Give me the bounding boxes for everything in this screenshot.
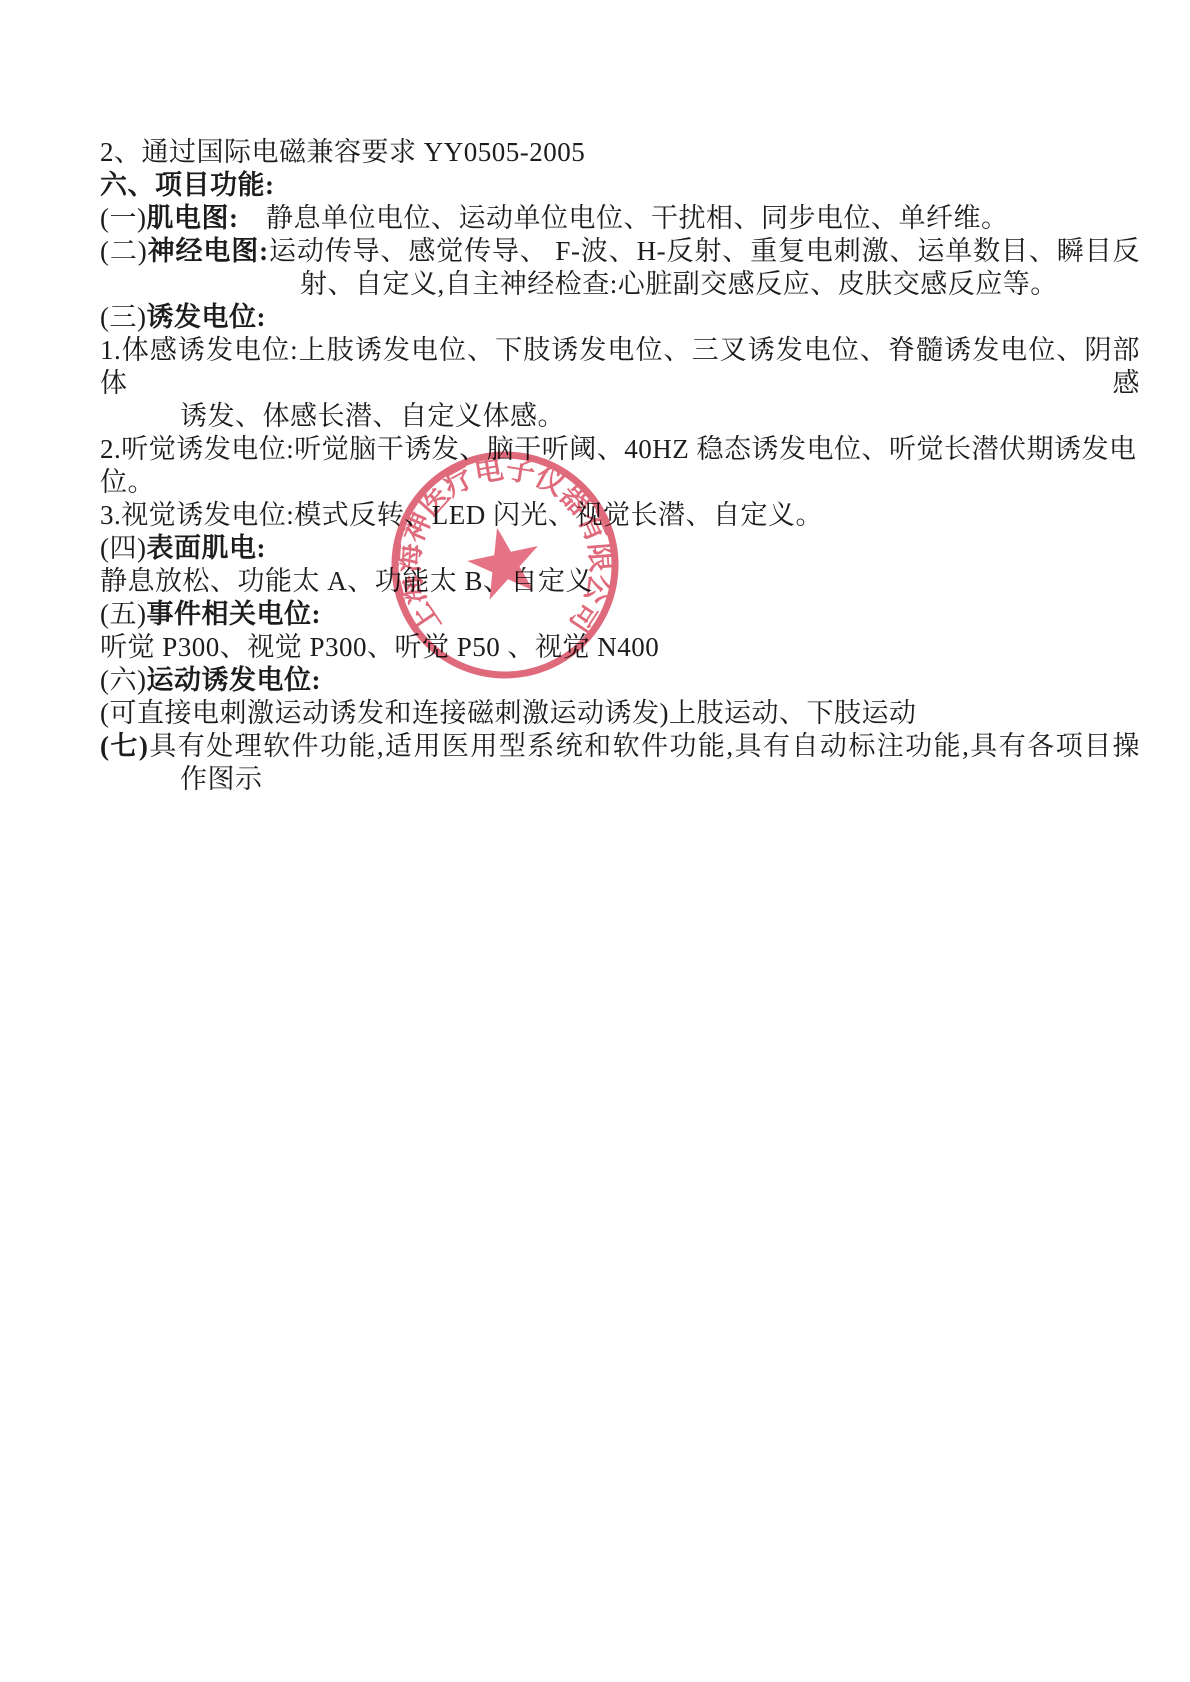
text-segment: (五) [100, 599, 146, 629]
text-line: (四)表面肌电: [100, 532, 1140, 565]
text-segment: 射、自定义,自主神经检查:心脏副交感反应、皮肤交感反应等。 [300, 269, 1058, 299]
text-segment: 1.体感诱发电位:上肢诱发电位、下肢诱发电位、三叉诱发电位、脊髓诱发电位、阴部体… [100, 335, 1140, 398]
text-segment: 表面肌电: [146, 533, 266, 563]
text-segment: (四) [100, 533, 146, 563]
text-line: 射、自定义,自主神经检查:心脏副交感反应、皮肤交感反应等。 [100, 268, 1140, 301]
text-segment: (三) [100, 302, 146, 332]
text-segment: (一) [100, 203, 146, 233]
text-line: (三)诱发电位: [100, 301, 1140, 334]
text-segment: 静息单位电位、运动单位电位、干扰相、同步电位、单纤维。 [238, 203, 1008, 233]
text-line: 2.听觉诱发电位:听觉脑干诱发、脑干听阈、40HZ 稳态诱发电位、听觉长潜伏期诱… [100, 433, 1140, 499]
text-line: (一)肌电图: 静息单位电位、运动单位电位、干扰相、同步电位、单纤维。 [100, 202, 1140, 235]
text-line: 听觉 P300、视觉 P300、听觉 P50 、视觉 N400 [100, 631, 1140, 664]
text-segment: 肌电图: [146, 203, 238, 233]
text-segment: 运动诱发电位: [146, 665, 321, 695]
text-line: (六)运动诱发电位: [100, 664, 1140, 697]
text-line: (二)神经电图:运动传导、感觉传导、 F-波、H-反射、重复电刺激、运单数目、瞬… [100, 235, 1140, 268]
text-line: (可直接电刺激运动诱发和连接磁刺激运动诱发)上肢运动、下肢运动 [100, 697, 1140, 730]
text-segment: (二) [100, 236, 147, 266]
text-segment: (六) [100, 665, 146, 695]
text-segment: 神经电图: [147, 236, 268, 266]
text-segment: 诱发、体感长潜、自定义体感。 [180, 401, 565, 431]
text-line: 静息放松、功能太 A、功能太 B、自定义 [100, 565, 1140, 598]
text-segment: 2.听觉诱发电位:听觉脑干诱发、脑干听阈、40HZ 稳态诱发电位、听觉长潜伏期诱… [100, 434, 1137, 497]
text-line: 作图示 [100, 763, 1140, 796]
text-segment: 事件相关电位: [146, 599, 321, 629]
text-line: 诱发、体感长潜、自定义体感。 [100, 400, 1140, 433]
text-segment: 2、通过国际电磁兼容要求 YY0505-2005 [100, 137, 585, 167]
text-segment: 具有处理软件功能,适用医用型系统和软件功能,具有自动标注功能,具有各项目操 [148, 731, 1140, 761]
text-segment: (七) [100, 731, 148, 761]
text-segment: 作图示 [180, 764, 263, 794]
document-body: 2、通过国际电磁兼容要求 YY0505-2005六、项目功能:(一)肌电图: 静… [100, 136, 1140, 796]
text-segment: 诱发电位: [146, 302, 266, 332]
text-line: 3.视觉诱发电位:模式反转、LED 闪光、视觉长潜、自定义。 [100, 499, 1140, 532]
text-line: (五)事件相关电位: [100, 598, 1140, 631]
text-segment: 六、项目功能: [100, 170, 275, 200]
text-segment: (可直接电刺激运动诱发和连接磁刺激运动诱发)上肢运动、下肢运动 [100, 698, 916, 728]
text-segment: 静息放松、功能太 A、功能太 B、自定义 [100, 566, 593, 596]
text-segment: 3.视觉诱发电位:模式反转、LED 闪光、视觉长潜、自定义。 [100, 500, 823, 530]
text-line: 2、通过国际电磁兼容要求 YY0505-2005 [100, 136, 1140, 169]
document-page: 2、通过国际电磁兼容要求 YY0505-2005六、项目功能:(一)肌电图: 静… [0, 0, 1190, 1682]
text-segment: 运动传导、感觉传导、 F-波、H-反射、重复电刺激、运单数目、瞬目反 [269, 236, 1140, 266]
text-line: 1.体感诱发电位:上肢诱发电位、下肢诱发电位、三叉诱发电位、脊髓诱发电位、阴部体… [100, 334, 1140, 400]
text-segment: 听觉 P300、视觉 P300、听觉 P50 、视觉 N400 [100, 632, 659, 662]
text-line: (七)具有处理软件功能,适用医用型系统和软件功能,具有自动标注功能,具有各项目操 [100, 730, 1140, 763]
text-line: 六、项目功能: [100, 169, 1140, 202]
